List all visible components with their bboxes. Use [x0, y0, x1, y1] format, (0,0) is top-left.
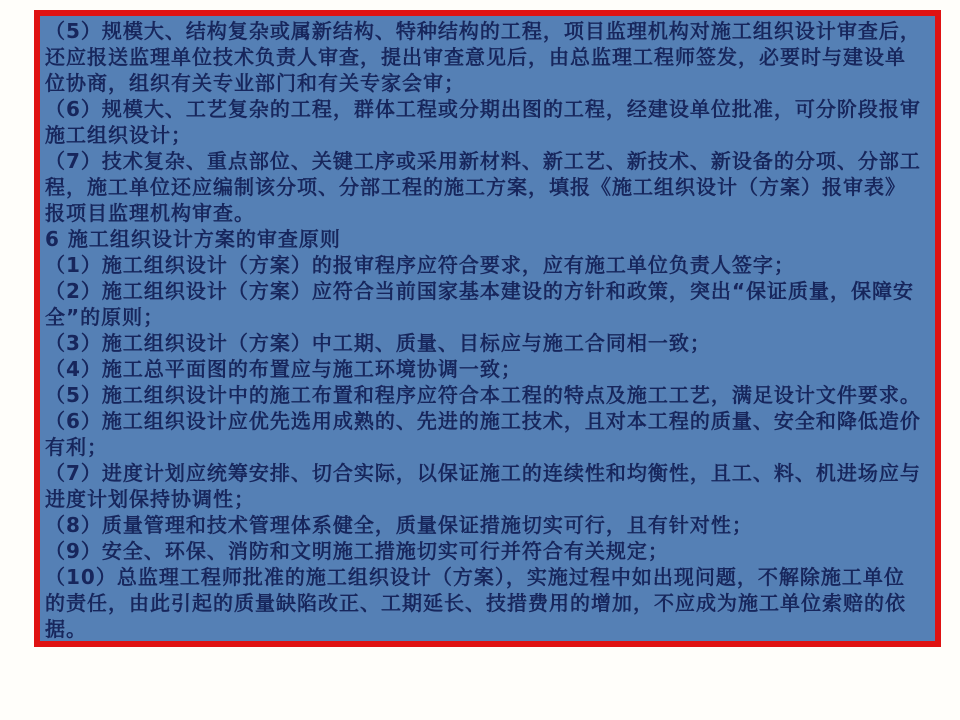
text-line: （6）规模大、工艺复杂的工程，群体工程或分期出图的工程，经建设单位批准，可分阶段…	[45, 96, 930, 122]
text-line: 位协商，组织有关专业部门和有关专家会审；	[45, 70, 930, 96]
text-line: （5）规模大、结构复杂或属新结构、特种结构的工程，项目监理机构对施工组织设计审查…	[45, 18, 930, 44]
text-line: （1）施工组织设计（方案）的报审程序应符合要求，应有施工单位负责人签字；	[45, 252, 930, 278]
text-line: （7）技术复杂、重点部位、关键工序或采用新材料、新工艺、新技术、新设备的分项、分…	[45, 148, 930, 174]
text-line: 有利；	[45, 434, 930, 460]
text-line: 6 施工组织设计方案的审查原则	[45, 226, 930, 252]
text-line: （10）总监理工程师批准的施工组织设计（方案），实施过程中如出现问题，不解除施工…	[45, 564, 930, 590]
text-line: （8）质量管理和技术管理体系健全，质量保证措施切实可行，且有针对性；	[45, 512, 930, 538]
text-line: （9）安全、环保、消防和文明施工措施切实可行并符合有关规定；	[45, 538, 930, 564]
text-line: （6）施工组织设计应优先选用成熟的、先进的施工技术，且对本工程的质量、安全和降低…	[45, 408, 930, 434]
text-line: 报项目监理机构审查。	[45, 200, 930, 226]
text-line: 程，施工单位还应编制该分项、分部工程的施工方案，填报《施工组织设计（方案）报审表…	[45, 174, 930, 200]
text-line: 施工组织设计；	[45, 122, 930, 148]
text-line: （4）施工总平面图的布置应与施工环境协调一致；	[45, 356, 930, 382]
text-line: （2）施工组织设计（方案）应符合当前国家基本建设的方针和政策，突出“保证质量，保…	[45, 278, 930, 304]
text-line: （3）施工组织设计（方案）中工期、质量、目标应与施工合同相一致；	[45, 330, 930, 356]
text-line: 进度计划保持协调性；	[45, 486, 930, 512]
text-line: （5）施工组织设计中的施工布置和程序应符合本工程的特点及施工工艺，满足设计文件要…	[45, 382, 930, 408]
text-line: 还应报送监理单位技术负责人审查，提出审查意见后，由总监理工程师签发，必要时与建设…	[45, 44, 930, 70]
text-line: 的责任，由此引起的质量缺陷改正、工期延长、技措费用的增加，不应成为施工单位索赔的…	[45, 590, 930, 616]
page-background: （5）规模大、结构复杂或属新结构、特种结构的工程，项目监理机构对施工组织设计审查…	[0, 0, 960, 720]
slide-text: （5）规模大、结构复杂或属新结构、特种结构的工程，项目监理机构对施工组织设计审查…	[40, 16, 935, 641]
text-line: 据。	[45, 616, 930, 641]
text-line: （7）进度计划应统筹安排、切合实际，以保证施工的连续性和均衡性，且工、料、机进场…	[45, 460, 930, 486]
text-line: 全”的原则；	[45, 304, 930, 330]
slide: （5）规模大、结构复杂或属新结构、特种结构的工程，项目监理机构对施工组织设计审查…	[34, 10, 941, 647]
